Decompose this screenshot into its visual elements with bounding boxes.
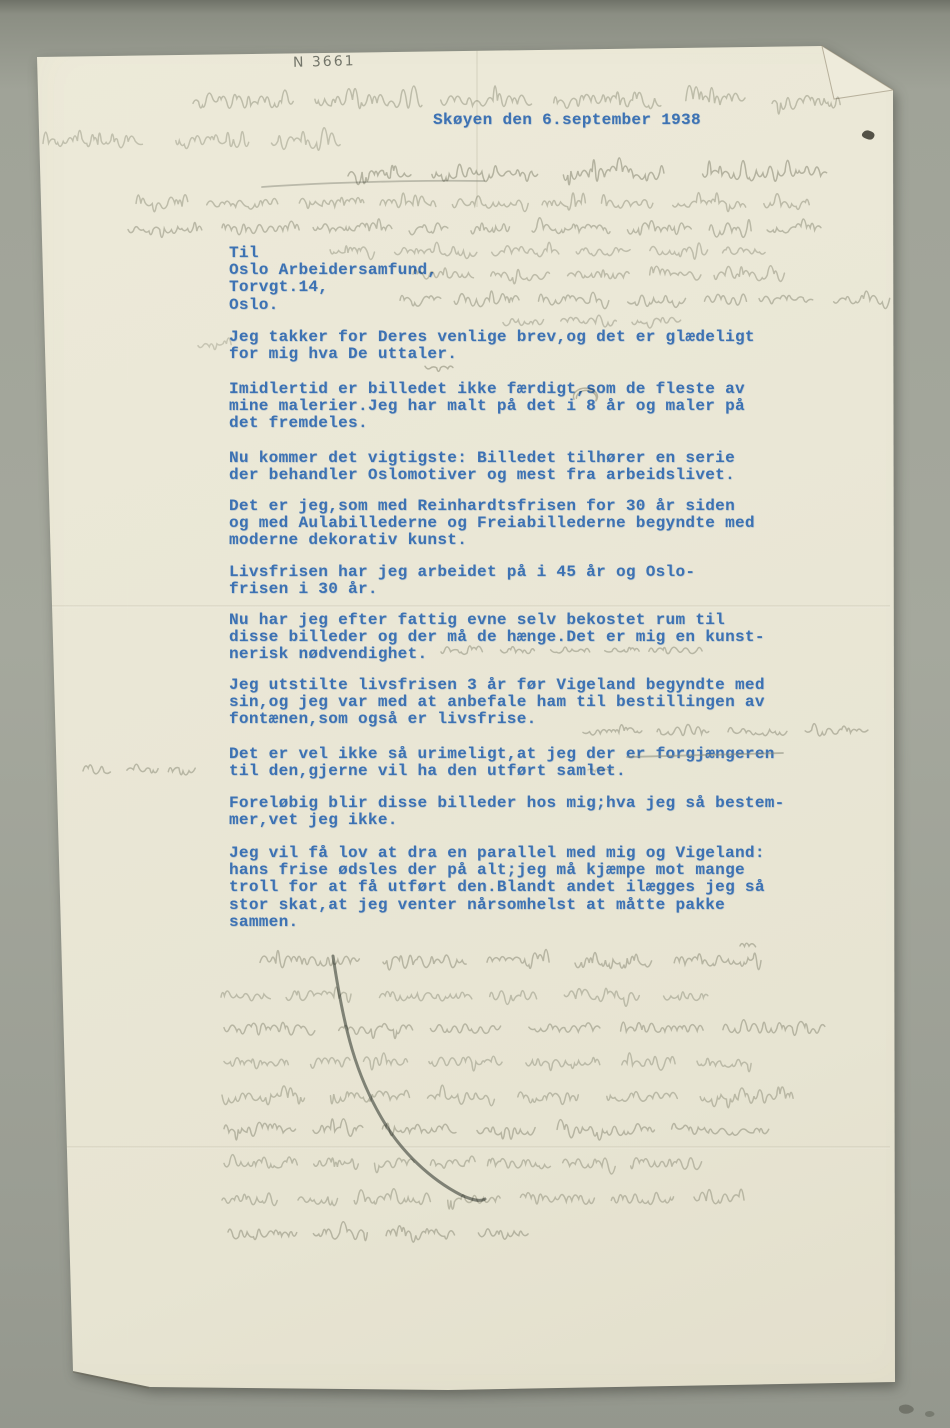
- paragraph-9: Foreløbig blir disse billeder hos mig;hv…: [229, 795, 785, 829]
- scanned-letter-photo: { "archive_number": "N 3661", "colors": …: [0, 0, 950, 1428]
- fold-crease-lower: [42, 1146, 890, 1149]
- paragraph-10: Jeg vil få lov at dra en parallel med mi…: [229, 845, 765, 931]
- paragraph-7: Jeg utstilte livsfrisen 3 år før Vigelan…: [229, 677, 765, 729]
- paragraph-5: Livsfrisen har jeg arbeidet på i 45 år o…: [229, 564, 695, 598]
- paragraph-2: Imidlertid er billedet ikke færdigt,som …: [229, 381, 745, 433]
- address-block: Til Oslo Arbeidersamfund, Torvgt.14, Osl…: [229, 245, 437, 314]
- paragraph-6: Nu har jeg efter fattig evne selv bekost…: [229, 612, 765, 664]
- fold-crease-upper: [42, 605, 890, 608]
- date-line: Skøyen den 6.september 1938: [433, 112, 701, 129]
- paragraph-1: Jeg takker for Deres venlige brev,og det…: [229, 329, 755, 363]
- paragraph-3: Nu kommer det vigtigste: Billedet tilhør…: [229, 450, 735, 484]
- archive-number: N 3661: [293, 53, 356, 71]
- paragraph-4: Det er jeg,som med Reinhardtsfrisen for …: [229, 498, 755, 550]
- paragraph-8: Det er vel ikke så urimeligt,at jeg der …: [229, 746, 775, 780]
